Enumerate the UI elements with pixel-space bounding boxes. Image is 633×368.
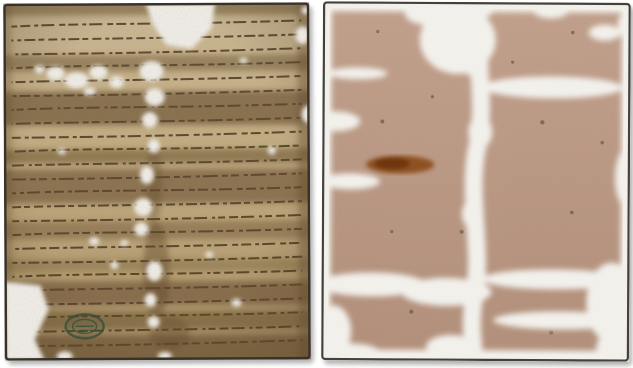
manuscript-recto-photo: [3, 2, 311, 360]
recto-artwork: [3, 2, 311, 360]
recto-grain-texture: [3, 2, 311, 360]
photo-collage: [0, 0, 633, 368]
manuscript-verso-photo: [321, 1, 631, 362]
verso-artwork: [321, 1, 631, 362]
